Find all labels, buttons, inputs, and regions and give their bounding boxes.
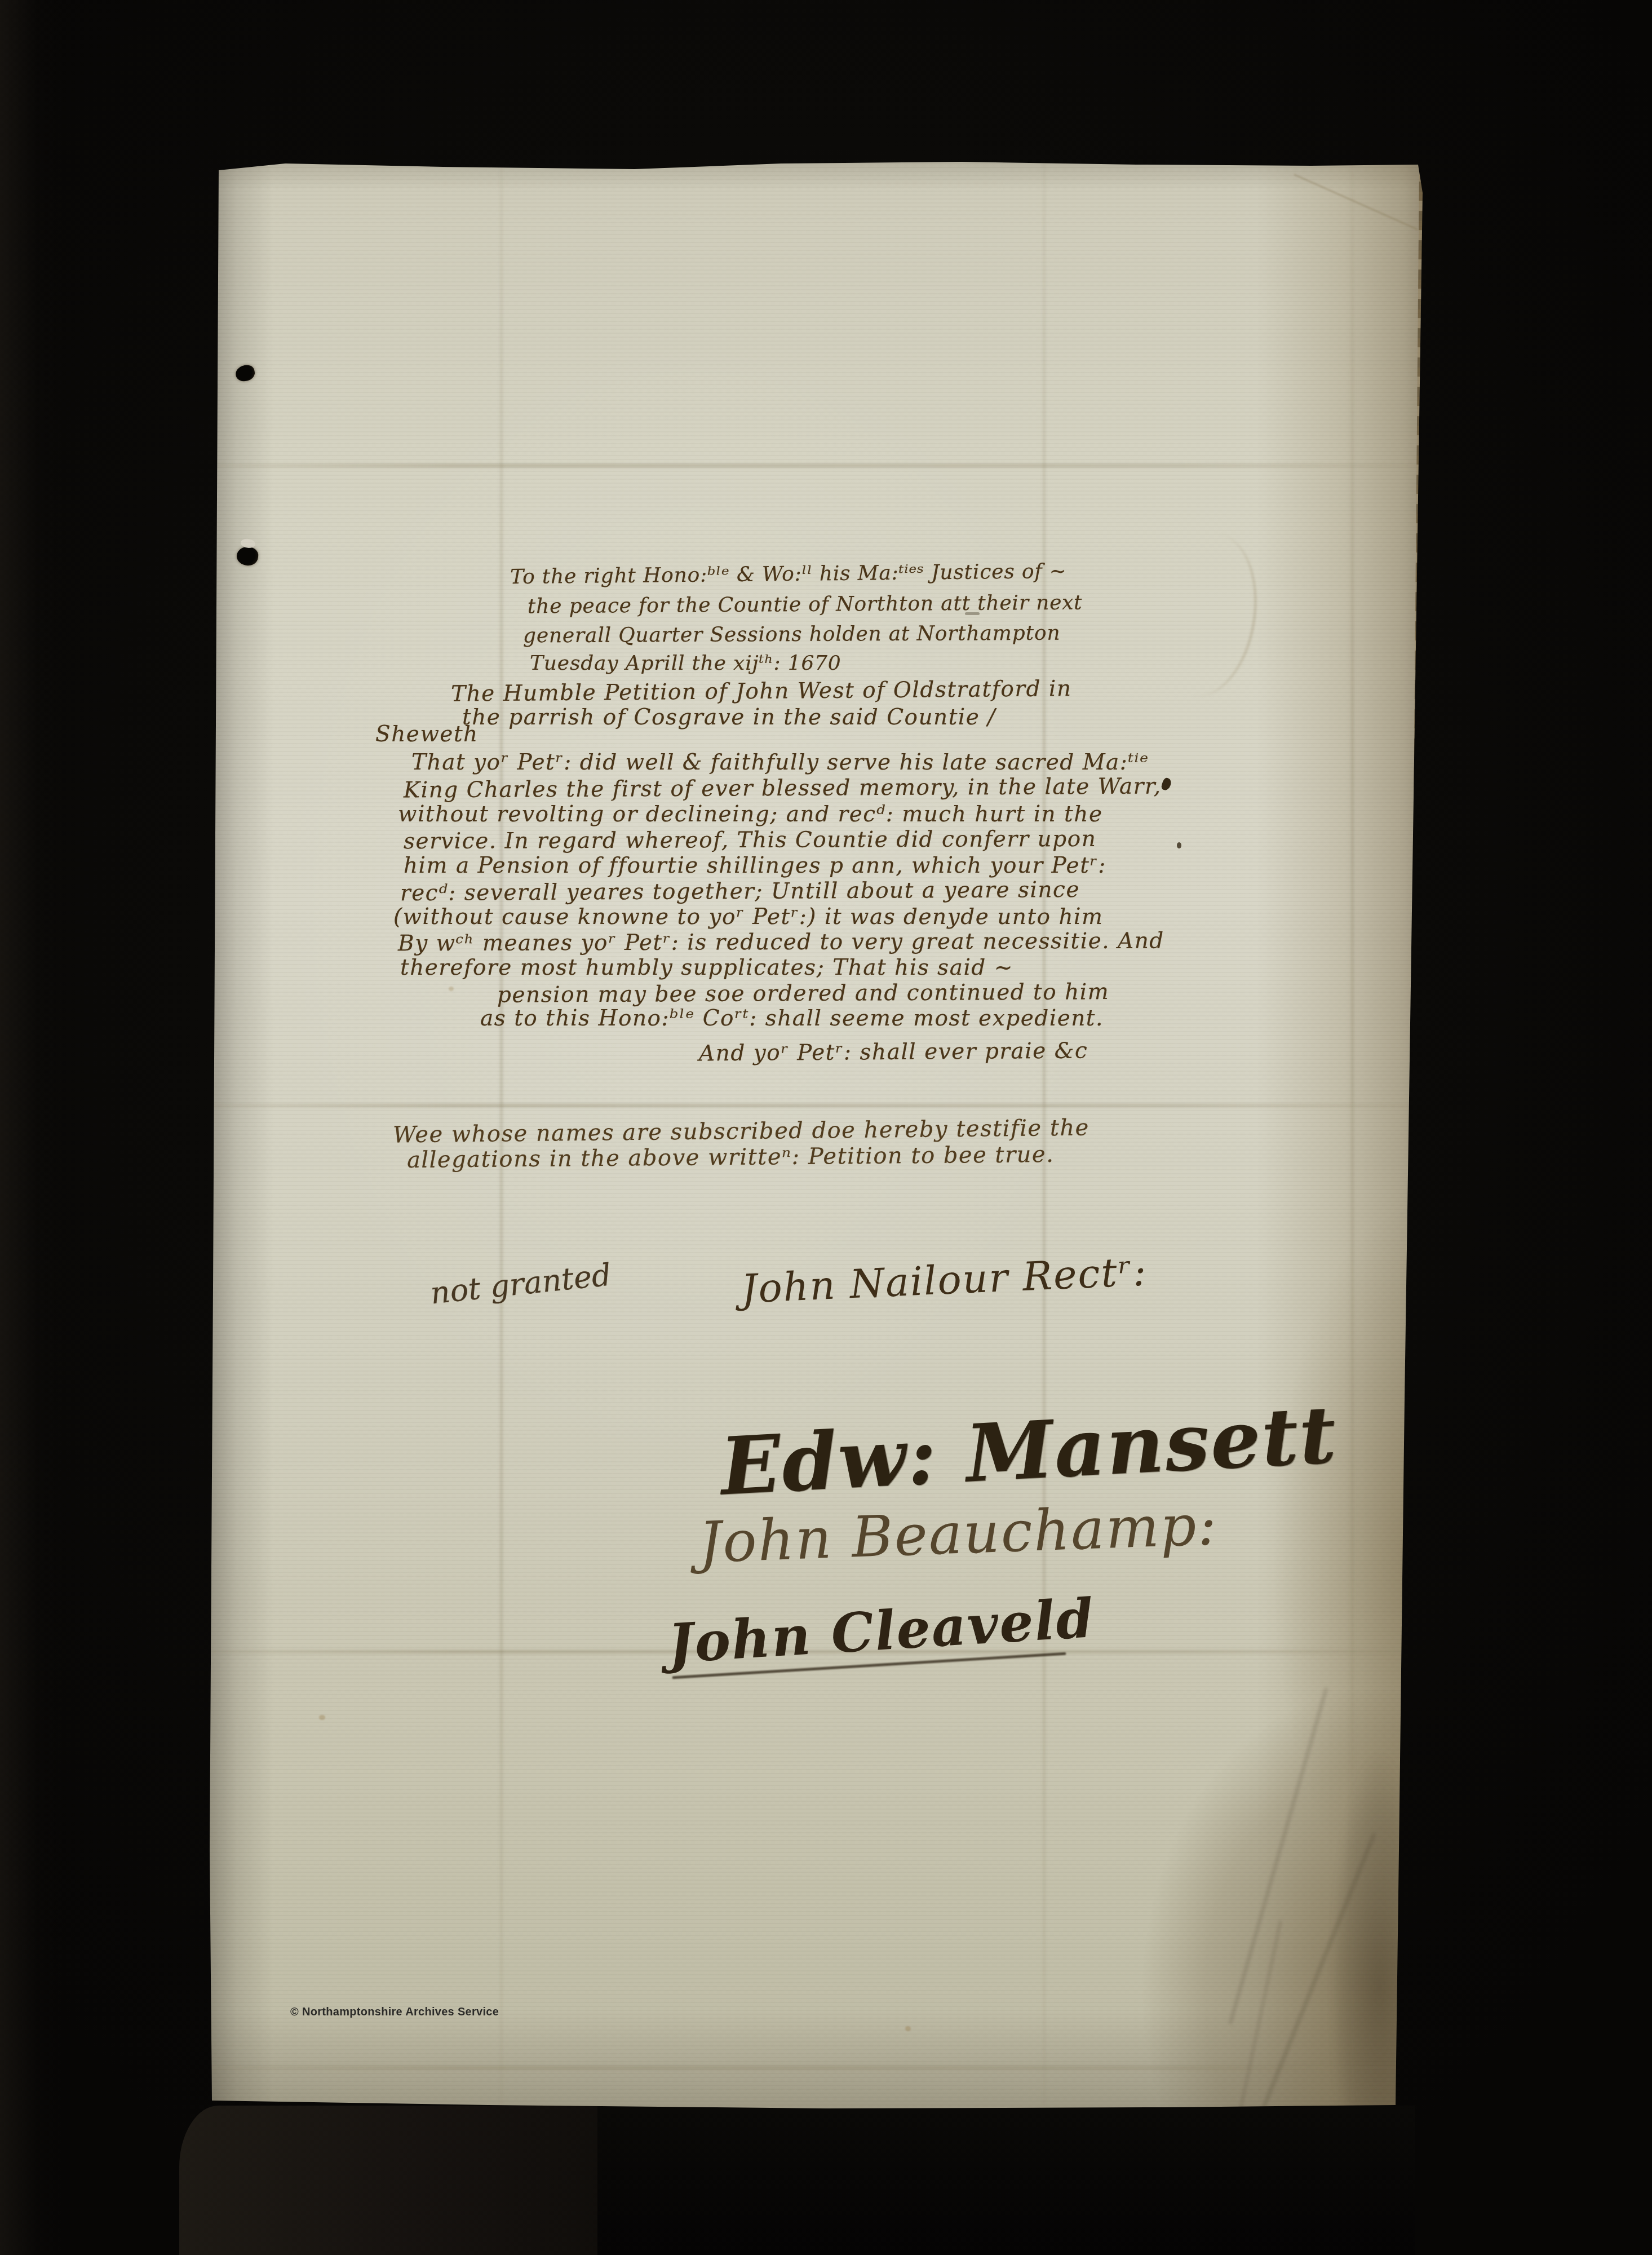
archive-watermark: © Northamptonshire Archives Service [290, 2006, 499, 2019]
petition-body-line: without revolting or declineing; and rec… [398, 802, 1102, 827]
petition-heading-date-line: Tuesday Aprill the xijᵗʰ: 1670 [530, 652, 841, 675]
attestation-line: allegations in the above writteⁿ: Petiti… [407, 1142, 1055, 1173]
signature-john-nailour: John Nailour Rectʳ: [741, 1248, 1149, 1312]
petition-body-line: therefore most humbly supplicates; That … [400, 955, 1013, 980]
petition-body-line: By wᶜʰ meanes yoʳ Petʳ: is reduced to ve… [398, 928, 1164, 957]
petition-body-line: him a Pension of ffourtie shillinges p a… [404, 853, 1106, 878]
petition-body-line: service. In regard whereof, This Countie… [404, 826, 1096, 854]
petition-heading-line: To the right Hono:ᵇˡᵉ & Wo:ˡˡ his Ma:ᵗⁱᵉ… [510, 560, 1067, 589]
petition-intro-line: the parrish of Cosgrave in the said Coun… [462, 705, 996, 730]
ink-blot [1161, 777, 1172, 792]
petition-body-line: That yoʳ Petʳ: did well & faithfully ser… [411, 750, 1149, 775]
ink-blot [1177, 842, 1181, 848]
clerk-annotation-not-granted: not granted [429, 1257, 613, 1311]
manuscript-ink-layer: To the right Hono:ᵇˡᵉ & Wo:ˡˡ his Ma:ᵗⁱᵉ… [0, 0, 1652, 2255]
petition-closing-line: And yoʳ Petʳ: shall ever praie &c [699, 1038, 1088, 1067]
petition-heading-line: generall Quarter Sessions holden at Nort… [523, 622, 1061, 648]
ink-blot [965, 612, 980, 615]
signature-john-cleaveld: John Cleaveld [666, 1587, 1096, 1675]
archive-photo: To the right Hono:ᵇˡᵉ & Wo:ˡˡ his Ma:ᵗⁱᵉ… [0, 0, 1652, 2255]
petition-body-line: as to this Hono:ᵇˡᵉ Coʳᵗ: shall seeme mo… [480, 1006, 1104, 1031]
petition-heading-line: the peace for the Countie of Northton at… [528, 591, 1083, 618]
petition-body-line: pension may bee soe ordered and continue… [497, 979, 1109, 1008]
sheweth-label: Sheweth [375, 722, 479, 747]
signature-edw-mansett: Edw: Mansett [718, 1389, 1339, 1513]
petition-intro-line: The Humble Petition of John West of Olds… [451, 676, 1072, 707]
petition-body-line: (without cause knowne to yoʳ Petʳ:) it w… [393, 904, 1104, 930]
petition-body-line: King Charles the first of ever blessed m… [404, 773, 1162, 803]
petition-body-line: recᵈ: severall yeares together; Untill a… [400, 877, 1080, 906]
